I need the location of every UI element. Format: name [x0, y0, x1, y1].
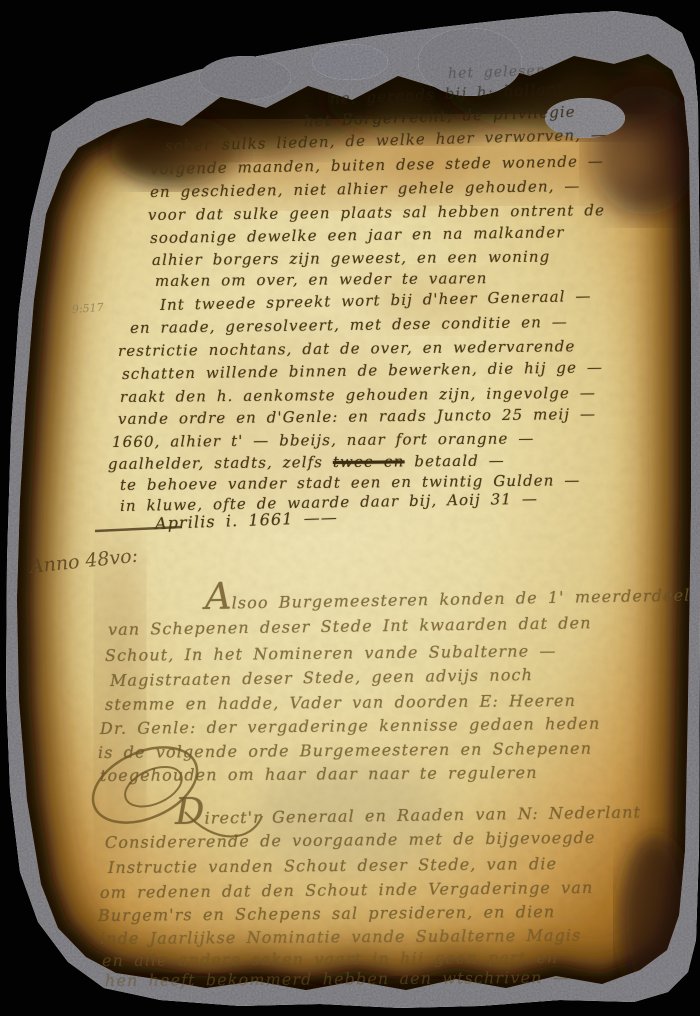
manuscript-line: Instructie vanden Schout deser Stede, va…	[108, 854, 557, 877]
manuscript-line-struck: gaalhelder, stadts, zelfs twee en betaal…	[108, 452, 505, 473]
manuscript-line: hen heeft bekommerd hebben aen wtschrive…	[105, 968, 570, 990]
manuscript-line: en alle andere saken vaart in hij geen p…	[102, 948, 559, 970]
struck-line-post: betaald —	[404, 452, 504, 471]
manuscript-line: 1660, alhier t' — bbeijs, naar fort oran…	[112, 429, 535, 451]
struck-out-word: twee en	[333, 452, 405, 471]
manuscript-line: Burgem'rs en Schepens sal presideren, en…	[98, 902, 555, 925]
struck-line-pre: gaalhelder, stadts, zelfs	[108, 453, 333, 473]
manuscript-photo: het gelesen ne, geraads bij h: hollant —…	[0, 0, 700, 1016]
folio-number-note: 9:517	[72, 301, 105, 316]
manuscript-line: toegehouden om haar daar naar te reguler…	[100, 763, 538, 785]
manuscript-line: alhier borgers zijn geweest, en een woni…	[152, 248, 550, 269]
manuscript-line: maken om over, en weder te vaaren	[155, 269, 488, 290]
manuscript-line-fragment: het gelesen	[448, 63, 546, 82]
manuscript-line: inde Jaarlijkse Nominatie vande Subalter…	[100, 926, 582, 948]
